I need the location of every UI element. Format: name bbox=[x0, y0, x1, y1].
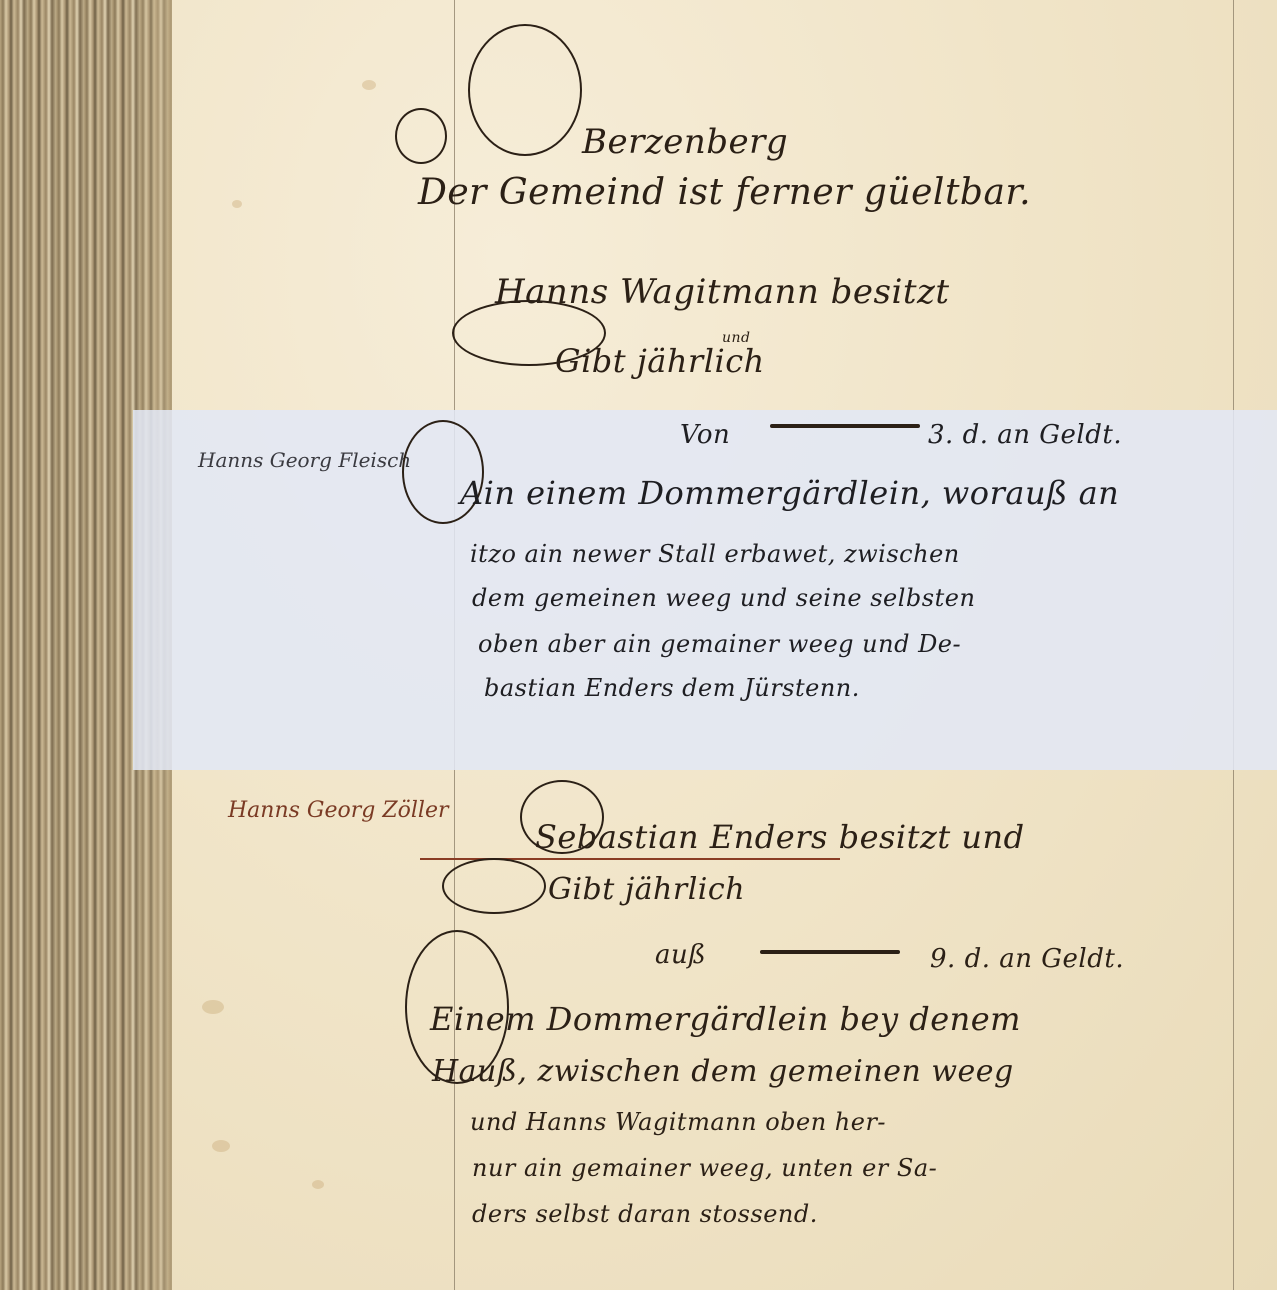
entry-1-text-line: Ain einem Dommergärdlein, worauß an bbox=[460, 474, 1119, 512]
entry-2-owner: Sebastian Enders besitzt und bbox=[535, 818, 1025, 856]
entry-2-text-line: ders selbst daran stossend. bbox=[472, 1200, 818, 1228]
initial-flourish-D bbox=[395, 108, 447, 164]
entry-1-owner-line2: Gibt jährlich bbox=[555, 342, 765, 380]
entry-2-text-line: und Hanns Wagitmann oben her- bbox=[470, 1108, 886, 1136]
stain bbox=[212, 1140, 230, 1152]
entry-1-text-line: oben aber ain gemainer weeg und De- bbox=[478, 630, 961, 658]
entry-1-amount: 3. d. an Geldt. bbox=[928, 420, 1122, 450]
margin-note-1: Hanns Georg Fleisch bbox=[198, 448, 411, 472]
margin-note-2: Hanns Georg Zöller bbox=[228, 798, 449, 823]
entry-1-text-line: dem gemeinen weeg und seine selbsten bbox=[472, 584, 975, 612]
entry-2-amount-prefix: auß bbox=[655, 940, 706, 970]
heading-line: Der Gemeind ist ferner güeltbar. bbox=[418, 172, 1031, 213]
heading-place: Berzenberg bbox=[582, 122, 788, 162]
initial-flourish-B bbox=[468, 24, 582, 156]
entry-2-flourish bbox=[442, 858, 546, 914]
stain bbox=[362, 80, 376, 90]
stain bbox=[202, 1000, 224, 1014]
entry-1-text-line: bastian Enders dem Jürstenn. bbox=[484, 674, 860, 702]
entry-2-owner-line2: Gibt jährlich bbox=[548, 872, 745, 907]
entry-1-amount-prefix: Von bbox=[680, 420, 730, 450]
entry-2-text-line: Einem Dommergärdlein bey denem bbox=[430, 1000, 1021, 1038]
swash-line bbox=[770, 424, 920, 428]
entry-2-amount: 9. d. an Geldt. bbox=[930, 944, 1124, 974]
entry-2-text-line: Hauß, zwischen dem gemeinen weeg bbox=[432, 1054, 1014, 1089]
stain bbox=[232, 200, 242, 208]
entry-2-text-line: nur ain gemainer weeg, unten er Sa- bbox=[472, 1154, 937, 1182]
entry-1-text-line: itzo ain newer Stall erbawet, zwischen bbox=[470, 540, 960, 568]
swash-line bbox=[760, 950, 900, 954]
stain bbox=[312, 1180, 324, 1189]
